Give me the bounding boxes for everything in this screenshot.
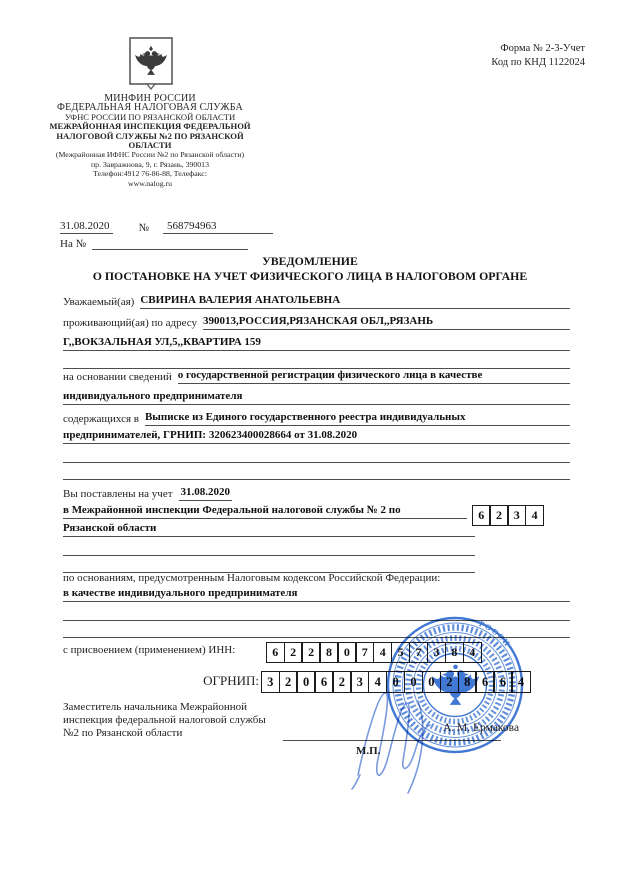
org-line: (Межрайонная ИФНС России №2 по Рязанской… <box>10 150 290 159</box>
handwritten-signature <box>330 675 460 795</box>
inspection-code-boxes: 6234 <box>473 505 544 526</box>
grounds-value: в качестве индивидуального предпринимате… <box>63 587 570 602</box>
registered-date: 31.08.2020 <box>179 486 233 501</box>
blank-line <box>63 559 475 573</box>
coat-of-arms-icon <box>129 37 173 91</box>
digit-cell: 0 <box>404 671 423 693</box>
blank-rule <box>63 355 570 369</box>
digit-cell: 7 <box>409 642 428 663</box>
blank-line <box>63 466 570 480</box>
digit-cell: 3 <box>350 671 369 693</box>
ogrnip-boxes: 320623400028664 <box>262 671 531 693</box>
blank-line <box>63 355 570 369</box>
digit-cell: 4 <box>525 505 544 526</box>
digit-cell: 2 <box>332 671 351 693</box>
blank-rule <box>63 466 570 480</box>
title-line2: О ПОСТАНОВКЕ НА УЧЕТ ФИЗИЧЕСКОГО ЛИЦА В … <box>0 269 620 284</box>
document-page: Форма № 2-3-Учет Код по КНД 1122024 МИНФ… <box>0 0 620 877</box>
blank-line <box>63 542 475 556</box>
grounds-value-line: в качестве индивидуального предпринимате… <box>63 587 570 602</box>
digit-cell: 6 <box>266 642 285 663</box>
digit-cell: 6 <box>472 505 491 526</box>
basis-value-1: о государственной регистрации физическог… <box>178 369 570 384</box>
salutation-label: Уважаемый(ая) <box>63 296 140 309</box>
grounds-label: по основаниям, предусмотренным Налоговым… <box>63 572 446 585</box>
digit-cell: 2 <box>440 671 459 693</box>
inn-label: с присвоением (применением) ИНН: <box>63 644 235 656</box>
grounds-label-line: по основаниям, предусмотренным Налоговым… <box>63 572 570 585</box>
digit-cell: 3 <box>261 671 280 693</box>
signature-rule <box>283 740 501 741</box>
digit-cell: 2 <box>284 642 303 663</box>
blank-rule <box>63 624 570 638</box>
digit-cell: 8 <box>319 642 338 663</box>
title-line1: УВЕДОМЛЕНИЕ <box>0 254 620 269</box>
contained-line-1: содержащихся в Выписке из Единого госуда… <box>63 411 570 426</box>
digit-cell: 4 <box>463 642 482 663</box>
form-number: Форма № 2-3-Учет <box>365 42 585 56</box>
registered-label: Вы поставлены на учет <box>63 488 179 501</box>
document-title: УВЕДОМЛЕНИЕ О ПОСТАНОВКЕ НА УЧЕТ ФИЗИЧЕС… <box>0 254 620 284</box>
inspection-line-2: Рязанской области <box>63 522 475 537</box>
issuer-block: МИНФИН РОССИИ ФЕДЕРАЛЬНАЯ НАЛОГОВАЯ СЛУЖ… <box>10 94 290 188</box>
inn-boxes: 622807457384 <box>267 642 482 663</box>
blank-rule <box>63 449 570 463</box>
org-line: пр. Завражнова, 9, г. Рязань, 390013 <box>10 160 290 169</box>
digit-cell: 0 <box>337 642 356 663</box>
registered-line: Вы поставлены на учет 31.08.2020 <box>63 486 570 501</box>
address-line-2: Г,,ВОКЗАЛЬНАЯ УЛ,5,,КВАРТИРА 159 <box>63 336 570 351</box>
org-line: www.nalog.ru <box>10 179 290 188</box>
org-line: Телефон:4912 76-86-88, Телефакс: <box>10 169 290 178</box>
form-reference: Форма № 2-3-Учет Код по КНД 1122024 <box>365 42 585 70</box>
seal-mark: М.П. <box>356 745 380 757</box>
digit-cell: 2 <box>489 505 508 526</box>
contained-value-1: Выписке из Единого государственного реес… <box>145 411 570 426</box>
digit-cell: 5 <box>391 642 410 663</box>
ogrnip-label: ОГРНИП: <box>63 673 259 689</box>
basis-label: на основании сведений <box>63 371 178 384</box>
signer-position-line1: Заместитель начальника Межрайонной <box>63 701 313 714</box>
signer-position-line2: инспекция федеральной налоговой службы <box>63 714 313 727</box>
knd-code: Код по КНД 1122024 <box>365 56 585 70</box>
contained-line-2: предпринимателей, ГРНИП: 320623400028664… <box>63 429 570 444</box>
digit-cell: 4 <box>511 671 530 693</box>
contained-label: содержащихся в <box>63 413 145 426</box>
incoming-reference-row: На № <box>60 236 248 250</box>
signer-name: А. М. Ермакова <box>443 722 519 734</box>
incoming-label: На № <box>60 238 86 250</box>
salutation-line: Уважаемый(ая) СВИРИНА ВАЛЕРИЯ АНАТОЛЬЕВН… <box>63 294 570 309</box>
signer-position: Заместитель начальника Межрайонной инспе… <box>63 701 313 740</box>
digit-cell: 7 <box>355 642 374 663</box>
basis-value-2: индивидуального предпринимателя <box>63 390 570 405</box>
address-label: проживающий(ая) по адресу <box>63 317 203 330</box>
incoming-number-blank <box>92 236 248 250</box>
digit-cell: 3 <box>427 642 446 663</box>
digit-cell: 8 <box>445 642 464 663</box>
person-name: СВИРИНА ВАЛЕРИЯ АНАТОЛЬЕВНА <box>140 294 570 309</box>
reference-row: 31.08.2020 № 568794963 <box>60 220 273 234</box>
digit-cell: 2 <box>279 671 298 693</box>
blank-rule <box>63 559 475 573</box>
digit-cell: 4 <box>373 642 392 663</box>
address-line-1: проживающий(ая) по адресу 390013,РОССИЯ,… <box>63 315 570 330</box>
digit-cell: 4 <box>368 671 387 693</box>
document-date: 31.08.2020 <box>60 220 113 234</box>
digit-cell: 0 <box>386 671 405 693</box>
contained-value-2: предпринимателей, ГРНИП: 320623400028664… <box>63 429 570 444</box>
inspection-line-1: в Межрайонной инспекции Федеральной нало… <box>63 504 467 519</box>
digit-cell: 0 <box>296 671 315 693</box>
address-value-2: Г,,ВОКЗАЛЬНАЯ УЛ,5,,КВАРТИРА 159 <box>63 336 570 351</box>
blank-rule <box>63 542 475 556</box>
digit-cell: 0 <box>422 671 441 693</box>
inspection-value-2: Рязанской области <box>63 522 475 537</box>
blank-line <box>63 449 570 463</box>
document-number: 568794963 <box>163 220 273 234</box>
blank-line <box>63 607 570 621</box>
blank-line <box>63 624 570 638</box>
inspection-value-1: в Межрайонной инспекции Федеральной нало… <box>63 504 467 519</box>
basis-line-2: индивидуального предпринимателя <box>63 390 570 405</box>
digit-cell: 6 <box>493 671 512 693</box>
signer-position-line3: №2 по Рязанской области <box>63 727 313 740</box>
basis-line-1: на основании сведений о государственной … <box>63 369 570 384</box>
address-value-1: 390013,РОССИЯ,РЯЗАНСКАЯ ОБЛ,,РЯЗАНЬ <box>203 315 570 330</box>
digit-cell: 6 <box>314 671 333 693</box>
digit-cell: 6 <box>475 671 494 693</box>
digit-cell: 2 <box>301 642 320 663</box>
number-sign: № <box>139 222 150 234</box>
digit-cell: 3 <box>507 505 526 526</box>
digit-cell: 8 <box>458 671 477 693</box>
blank-rule <box>63 607 570 621</box>
org-line: ОБЛАСТИ <box>10 141 290 150</box>
